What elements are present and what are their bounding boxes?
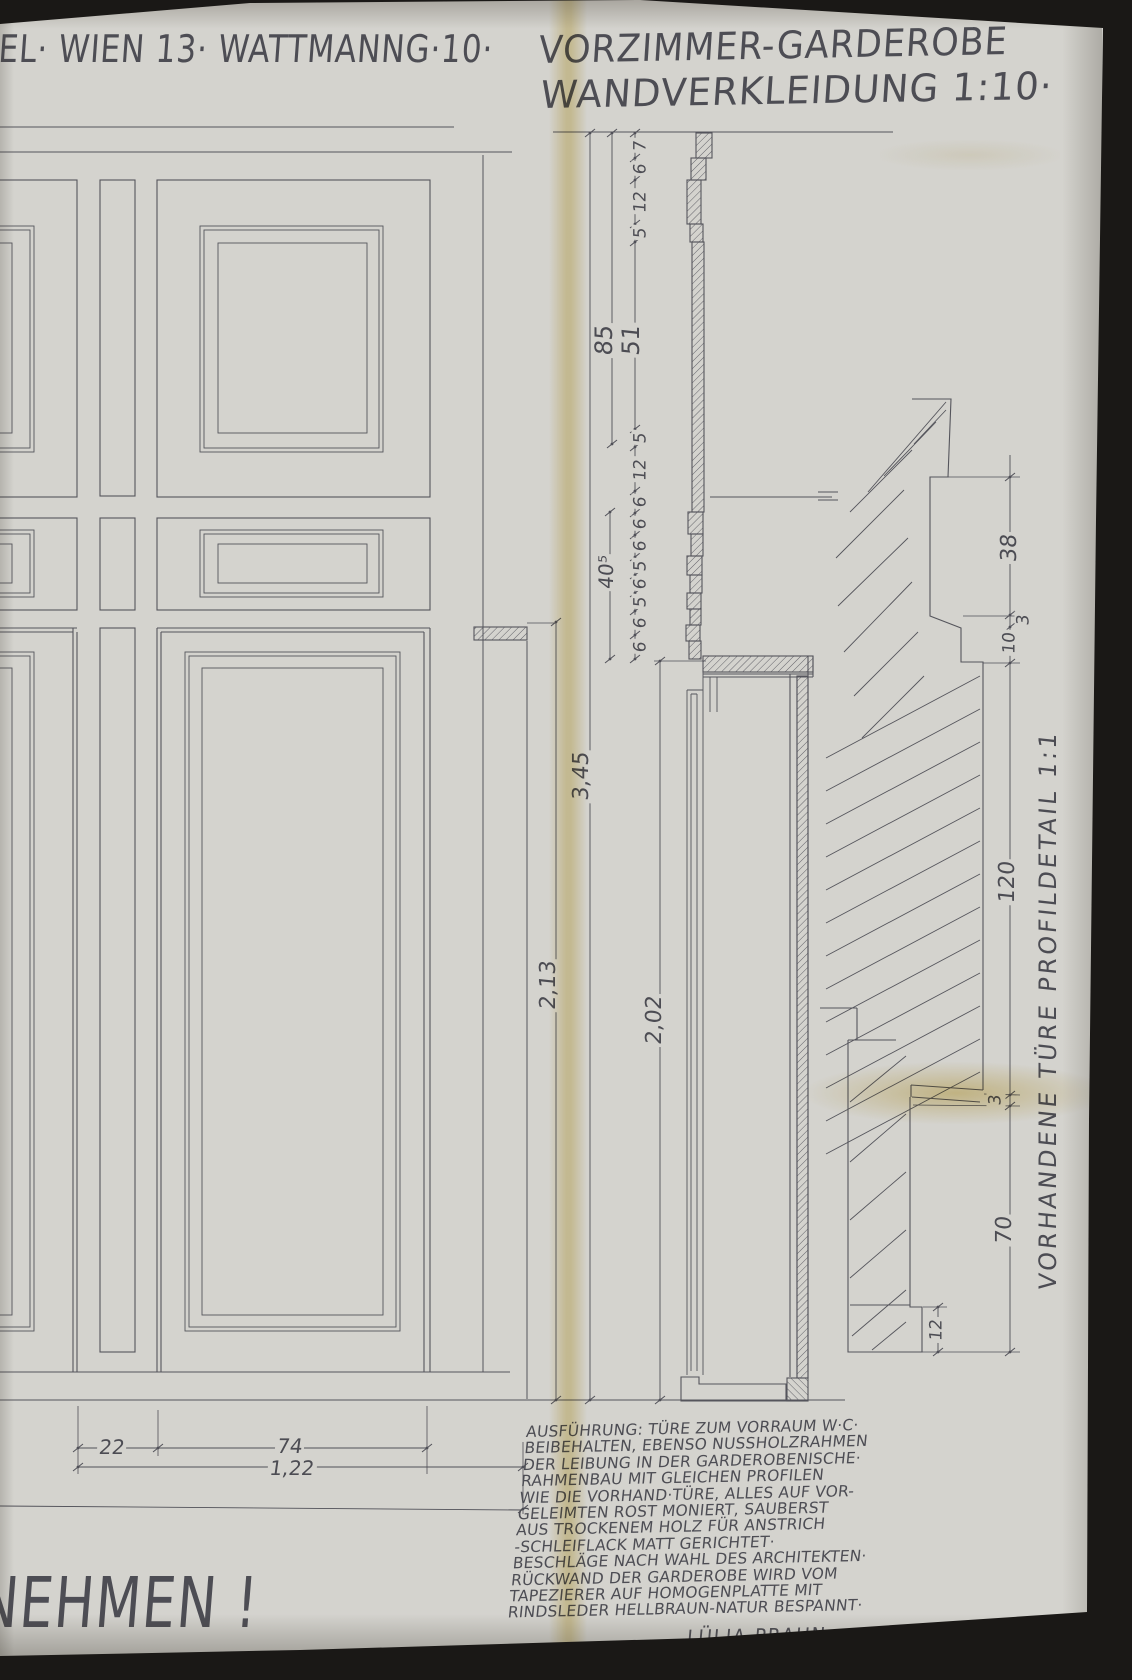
dim-label: 51	[618, 321, 644, 358]
dim-label: 5	[632, 430, 651, 447]
dim-label: 3	[987, 1092, 1006, 1109]
dim-label: 12	[632, 188, 651, 216]
dim-label: 10	[1001, 629, 1020, 657]
notes-block: AUSFÜHRUNG: TÜRE ZUM VORRAUM W·C· BEIBEH…	[507, 1416, 895, 1621]
dim-label: 74	[274, 1435, 307, 1457]
profile-detail-drawing	[818, 399, 983, 1352]
dim-label: 5	[632, 558, 651, 575]
title-scale: WANDVERKLEIDUNG 1:10·	[539, 67, 1054, 114]
dim-label: 5	[632, 225, 651, 242]
dim-label: 5	[632, 594, 651, 611]
architect-signature: LÜLJA PRAUN·	[686, 1625, 835, 1649]
dim-label: 6	[632, 161, 651, 178]
dim-label: 6	[632, 516, 651, 533]
elevation-drawing	[0, 127, 845, 1400]
dim-label: 12	[928, 1316, 947, 1344]
dim-label: 1,22	[266, 1457, 318, 1479]
dim-label: 3	[1015, 612, 1034, 629]
dim-label: 3,45	[570, 748, 594, 804]
dimension-lines	[0, 129, 1020, 1514]
dim-label: 12	[632, 456, 651, 484]
title-project: EL· WIEN 13· WATTMANNG·10·	[0, 30, 494, 68]
drawing-paper: EL· WIEN 13· WATTMANNG·10· VORZIMMER-GAR…	[0, 0, 1132, 1680]
dim-label: 2,13	[537, 957, 561, 1013]
dim-label: 6	[632, 538, 651, 555]
dim-label: 6	[632, 494, 651, 511]
title-subject: VORZIMMER-GARDEROBE	[538, 22, 1009, 69]
dim-label: 22	[96, 1436, 129, 1458]
dim-label: 40⁵	[595, 552, 617, 592]
large-note-text: NEHMEN !	[0, 1568, 261, 1638]
section-paneling-hatch	[686, 133, 712, 659]
dim-label: 7	[632, 138, 651, 155]
dim-label: 85	[591, 321, 617, 358]
dim-label: 6	[632, 615, 651, 632]
dim-label: 6	[632, 576, 651, 593]
scanned-drawing-photo: EL· WIEN 13· WATTMANNG·10· VORZIMMER-GAR…	[0, 0, 1132, 1680]
dim-label: 120	[996, 858, 1020, 907]
dim-label: 6	[632, 639, 651, 656]
dim-label: 2,02	[643, 992, 667, 1048]
dim-label: 70	[993, 1213, 1017, 1248]
detail-caption: VORHANDENE TÜRE PROFILDETAIL 1:1	[1036, 729, 1060, 1291]
dim-label: 38	[998, 531, 1022, 566]
detail-hatching	[826, 410, 980, 1350]
